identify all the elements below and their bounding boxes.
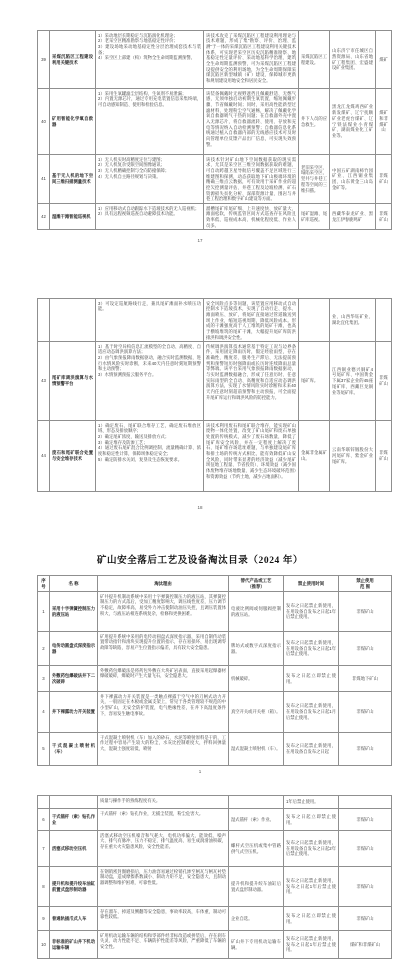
item-name: 井下裸露动力开关装置 [49,692,97,732]
row-number: 7 [38,831,49,866]
tech-catalog-table-page18: 3）可设定巡航路线行走，兼具尾矿滩面补水喷压功能。 安全风险点多等问题，该装置应… [37,298,392,492]
row-number: 6 [38,809,49,830]
prohibition-deadline: 发布之日起禁止新使用，在用设备自发布之日起2年后禁止使用。 [283,831,338,866]
applicable-scope: 金属非金属矿山。 [298,421,329,491]
item-name [49,796,97,808]
row-number: 2 [38,632,49,665]
tech-name: 采煤沉陷区工程建设利用关键技术 [49,31,95,88]
table-row: 9 普通轨插爪式人车 存在溜车、掉道及侧翻等安全隐患，事故率较高，车体重，制动可… [38,906,391,930]
page-number: 18 [0,505,400,510]
table-row: 39 采煤沉陷区工程建设利用关键技术 1）采动地层长期稳定与沉陷演化机理论； 2… [38,31,391,88]
applicable-scope: 尾矿库。 [298,342,329,420]
table-row: 3 外敷药包爆破法井下二次破碎 外敷药包爆破法是将药包外敷在大块矿岩表面，直接采… [38,665,391,691]
item-name: 活塞式移动空压机 [49,831,97,866]
row-number: 5 [38,733,49,765]
elimination-reason: 矿井提升机制动系统中采用十字弹簧控制压力的液压站，其弹簧控制压力的方式落后，受加… [97,592,228,631]
header-name: 名 称 [49,576,97,591]
header-substitute: 替代产品或工艺 （推荐） [228,576,283,591]
elimination-reason: 活塞式移动空压机噪音和气耗大，电机功率偏大、能效低、噪声大、排气有脉冲、压力不稳… [97,831,228,866]
table-row: 5 干式混凝土喷射机（车） 干式混凝土喷射机（车）加入的砂石、水泥等喷射原料是干… [38,732,391,765]
table-row: 44 废石和尾矿联合处置与安全堆存技术 1）确定废石、尾矿联合堆存工艺，确定废石… [38,420,391,491]
row-number: 40 [38,89,49,154]
tech-catalog-table-page17: 39 采煤沉陷区工程建设利用关键技术 1）采动地层长期稳定与沉陷演化机理论； 2… [37,30,392,230]
tech-main-points: 1）无人机实时高精度定位与建图； 2）无人机复杂受限空间图像通讯； 3）无人机精… [95,155,203,203]
mine-category: 煤矿 [375,31,391,88]
row-number: 10 [38,931,49,958]
tech-name: 废石和尾矿联合处置与安全堆存技术 [49,421,95,491]
tech-description: 该技术攻克了采煤沉陷区工程建设利用理论与技术难题，形成了集“勘察、评价、治理、监… [203,31,298,88]
prohibition-deadline: 发布之日起禁止新使用，在用设备自发布之日起 [283,733,338,765]
item-name: 外敷药包爆破法井下二次破碎 [49,666,97,691]
header-no: 序号 [38,576,49,591]
application-units: 中国五矿湖南柿竹园矿业、江西铜业集团、山东黄金三山岛金矿等。 [329,155,375,203]
application-units: 西藏华泰龙矿业、黑龙江伊春鹿鸣矿 [329,204,375,229]
row-number: 42 [38,204,49,229]
mine-category: 非煤矿山 [375,342,391,420]
substitute-product: 企业自选。 [228,907,283,930]
row-number: 9 [38,907,49,930]
prohibition-scope: 煤矿和非煤矿山 [338,931,391,958]
elimination-reason: 在钢销密封圈磨损后，压力油容易通过栓销孔渗至闸瓦与闸瓦衬垫制动盘，造成摩擦系数减… [97,867,228,906]
item-name: 干式锚杆（索）钻孔作业 [49,809,97,830]
elimination-reason: 井下裸露动力开关装置是一类触点裸露于空气中的刀闸式动力开关，一般固定在木板或金属… [97,692,228,732]
header-deadline: 禁止使用时间 [283,576,338,591]
applicable-scope [298,299,329,341]
substitute-product [228,796,283,808]
prohibition-scope [338,796,391,808]
tech-main-points: 1）采动地层长期稳定与沉陷演化机理论； 2）老采空区精准勘察与地基稳定性评价； … [95,31,203,88]
substitute-product: 矿山井下专用机动运输车辆。 [228,931,283,958]
tech-description: 溜槽尾矿库尾矿细、上升速度快、放矿量大、滩面松软，传统监管区间方式巡查存在风险且… [203,204,298,229]
application-units: 山东济宁市任城区自然资源局、山东省地矿工程集团、宏盛建设矿业集团。 [329,31,375,88]
application-units: 云南华联锌铟股份大河尾矿库、紫金矿业尾矿库。 [329,421,375,491]
row-number: 1 [38,592,49,631]
tech-description: 安全风险点多等问题，该装置应用移动式自动控制水下造坡技术，实现了自动行走、提水、… [203,299,298,341]
prohibition-scope: 非煤矿山 [338,632,391,665]
tech-description: 传统调洪演算技术通常基于特定工况与边界条件，采用固定降雨历时，假定经验雨型，存在… [203,342,298,420]
item-name: 普通轨插爪式人车 [49,907,97,930]
prohibition-scope: 非煤矿山 [338,809,391,830]
tech-main-points: 1）应用移动式自动跟踪水下造坡技术的无人巡视机； 2）具有远程视频巡查自动避障技… [95,204,203,229]
row-number [38,796,49,808]
substitute-product: 电液比例阀或伺服阀控制的液压站。 [228,592,283,631]
prohibition-scope: 非煤矿山 [338,867,391,906]
prohibition-scope: 非煤矿山 [338,907,391,930]
item-name: 采用十字弹簧控制压力的液压站 [49,592,97,631]
table-row: 1 采用十字弹簧控制压力的液压站 矿井提升机制动系统中采用十字弹簧控制压力的液压… [38,591,391,631]
prohibition-deadline: 发布之日起禁止新使用，发布之日起1年后禁止使用。 [283,931,338,958]
tech-description: 该装备佩戴时无视野遮挡且佩戴舒适、无憋气感，无须单独启动初期生氧装置，缩短佩戴步… [203,89,298,154]
substitute-product: 牌坊式或数字式深度指示器。 [228,632,283,665]
header-reason: 淘汰理由 [97,576,228,591]
elimination-reason: 质量与操作手的熟练程度有关。 [97,796,228,808]
elimination-reason: 外敷药包爆破法是将药包外敷在大块矿岩表面，直接采用起爆器材爆破破碎，爆破时产生大… [97,666,228,691]
table-row: 3）可设定巡航路线行走，兼具尾矿滩面补水喷压功能。 安全风险点多等问题，该装置应… [38,299,391,341]
elimination-reason: 矿用提升系统中采用的电传动圆盘式深度指示器，采用自制传动装置带动指针和滑块实现提… [97,632,228,665]
application-units: 江西铜业德兴铜矿4号尾矿库、中国黄金下属37家企业的45座尾矿库、西藏巨龙铜业等… [329,342,375,420]
table-row: 2 电传动圆盘式深度指示器 矿用提升系统中采用的电传动圆盘式深度指示器，采用自制… [38,631,391,665]
tech-name: 湿滩干滩智能巡视机 [49,204,95,229]
prohibition-deadline: 发布之日起立即禁止使用。 [283,809,338,830]
tech-main-points: 1）确定废石、尾矿联合堆存工艺，确定废石堆放区域、形态及排放顺序； 2）确定尾矿… [95,421,203,491]
row-number: 8 [38,867,49,906]
mine-category [375,299,391,341]
application-units: 黑龙江龙煤鸡西矿业新发煤矿、辽宁抚顺矿业老虎台煤矿、辽宁铁法煤业小青煤矿、湖南煤… [329,89,375,154]
substitute-product: 湿式锚杆（索）作业。 [228,809,283,830]
elimination-catalog-table-page2: 质量与操作手的熟练程度有关。 1年后禁止使用。 6 干式锚杆（索）钻孔作业 干式… [37,795,392,959]
tech-name [49,299,95,341]
prohibition-deadline: 发布之日起禁止新使用，发布之日起1年后禁止使用。 [283,867,338,906]
row-number [38,299,49,341]
table-header-row: 序号 名 称 淘汰理由 替代产品或工艺 （推荐） 禁止使用时间 禁止使用 范 围 [38,576,391,591]
applicable-scope: 尾矿湿滩、尾矿库巡视。 [298,204,329,229]
item-name: 电传动圆盘式深度指示器 [49,632,97,665]
table-row: 10 非标准的矿山井下机动运输车辆 矿用机动运输车辆的结构和零部件经非标改造或拼… [38,930,391,958]
table-row: 42 湿滩干滩智能巡视机 1）应用移动式自动跟踪水下造坡技术的无人巡视机； 2）… [38,203,391,229]
row-number: 44 [38,421,49,491]
substitute-product: 真空开关或开关柜（箱）。 [228,692,283,732]
tech-main-points: 1）采用生氧罐滤尘层结构，生氧剂不易泄漏； 2）内置无源芯片，通过专用充电装置信… [95,89,203,154]
mine-category: 煤矿和非煤矿山 [375,89,391,154]
substitute-product: 提升机和提升绞车油缸后置式盘形制动器。 [228,867,283,906]
tech-description: 该技术利用废石和尾矿联合堆存，能实现矿山废物一体化处置，改变了矿山尾矿和废石单独… [203,421,298,491]
tech-description: 该技术针对矿山地下空间数据获取的现实需求，尤其是采空区三维空间数据获取的难题，可… [203,155,298,203]
row-number: 4 [38,692,49,732]
row-number: 43 [38,342,49,420]
prohibition-deadline: 发布之日起立即禁止使用。 [283,907,338,930]
applicable-scope: 老旧采空区、塌陷采空区、竖井与井巷工程等空间的三维扫描。 [298,155,329,203]
table-row: 41 基于无人机的地下空间三维扫描测量技术 1）无人机实时高精度定位与建图； 2… [38,154,391,203]
elimination-reason: 矿用机动运输车辆的结构和零部件经非标改造或拼装后，存在刹车失灵、动力性能不足、车… [97,931,228,958]
tech-name: 尾矿库调洪演算与水情预警平台 [49,342,95,420]
substitute-product: 螺杆式空压机或集中管路供气式空压机。 [228,831,283,866]
prohibition-scope: 非煤矿山 [338,692,391,732]
table-row: 40 矿用智能化学氧自救器 1）采用生氧罐滤尘层结构，生氧剂不易泄漏； 2）内置… [38,88,391,154]
mine-category: 非煤矿山 [375,204,391,229]
item-name: 提升机和提升绞车油缸前置式盘形制动器 [49,867,97,906]
tech-main-points: 3）可设定巡航路线行走，兼具尾矿滩面补水喷压功能。 [95,299,203,341]
elimination-catalog-table-page1: 序号 名 称 淘汰理由 替代产品或工艺 （推荐） 禁止使用时间 禁止使用 范 围… [37,575,392,766]
substitute-product: 湿式混凝土喷射机（车）。 [228,733,283,765]
substitute-product: 机械破碎。 [228,666,283,691]
applicable-scope: 井下人员的应急救生。 [298,89,329,154]
table-row: 7 活塞式移动空压机 活塞式移动空压机噪音和气耗大，电机功率偏大、能效低、噪声大… [38,830,391,866]
table-row: 6 干式锚杆（索）钻孔作业 干式锚杆（索）钻孔作业，无捕尘装置，粉尘危害大。 湿… [38,808,391,830]
mine-category: 非煤矿山 [375,155,391,203]
application-units: 业、山西华钰矿业、湖北宜化集团。 [329,299,375,341]
prohibition-deadline: 发布之日起禁止新使用，在用设备自发布之日起1年后禁止使用。 [283,592,338,631]
elimination-reason: 存在溜车、掉道及侧翻等安全隐患，事故率较高，车体重，制动可靠性较低。 [97,907,228,930]
catalog-title: 矿山安全落后工艺及设备淘汰目录（2024 年） [0,552,400,566]
table-row: 43 尾矿库调洪演算与水情预警平台 1）基于时空异构信息汇流模型的全自动、高精度… [38,341,391,420]
applicable-scope: 采煤沉陷区工程建设。 [298,31,329,88]
tech-name: 基于无人机的地下空间三维扫描测量技术 [49,155,95,203]
row-number: 39 [38,31,49,88]
prohibition-scope: 非煤矿山 [338,733,391,765]
elimination-reason: 干式混凝土喷射机（车）加入的砂石、水泥等喷射原料是干的，工作过程中容易产生较大的… [97,733,228,765]
tech-main-points: 1）基于时空异构信息汇流模型的全自动、高精度、自适应动态调洪演算方法； 2）由气… [95,342,203,420]
row-number: 41 [38,155,49,203]
table-row: 质量与操作手的熟练程度有关。 1年后禁止使用。 [38,796,391,808]
prohibition-deadline: 发布之日起立即禁止使用。 [283,666,338,691]
page-number: 1 [0,769,400,774]
prohibition-scope: 非煤矿山 [338,831,391,866]
page-number: 17 [0,238,400,243]
prohibition-deadline: 发布之日起禁止新使用，在用设备自发布之日起1年后禁止使用。 [283,632,338,665]
row-number: 3 [38,666,49,691]
item-name: 干式混凝土喷射机（车） [49,733,97,765]
mine-category: 非煤矿山 [375,421,391,491]
elimination-reason: 干式锚杆（索）钻孔作业，无捕尘装置，粉尘危害大。 [97,809,228,830]
prohibition-deadline: 1年后禁止使用。 [283,796,338,808]
table-row: 8 提升机和提升绞车油缸前置式盘形制动器 在钢销密封圈磨损后，压力油容易通过栓销… [38,866,391,906]
prohibition-scope: 非煤地下矿山 [338,666,391,691]
tech-name: 矿用智能化学氧自救器 [49,89,95,154]
prohibition-deadline: 发布之日起禁止新使用，在用设备自发布之日起1月后禁止使用。 [283,692,338,732]
header-scope: 禁止使用 范 围 [338,576,391,591]
item-name: 非标准的矿山井下机动运输车辆 [49,931,97,958]
table-row: 4 井下裸露动力开关装置 井下裸露动力开关装置是一类触点裸露于空气中的刀闸式动力… [38,691,391,732]
prohibition-scope: 非煤矿山 [338,592,391,631]
